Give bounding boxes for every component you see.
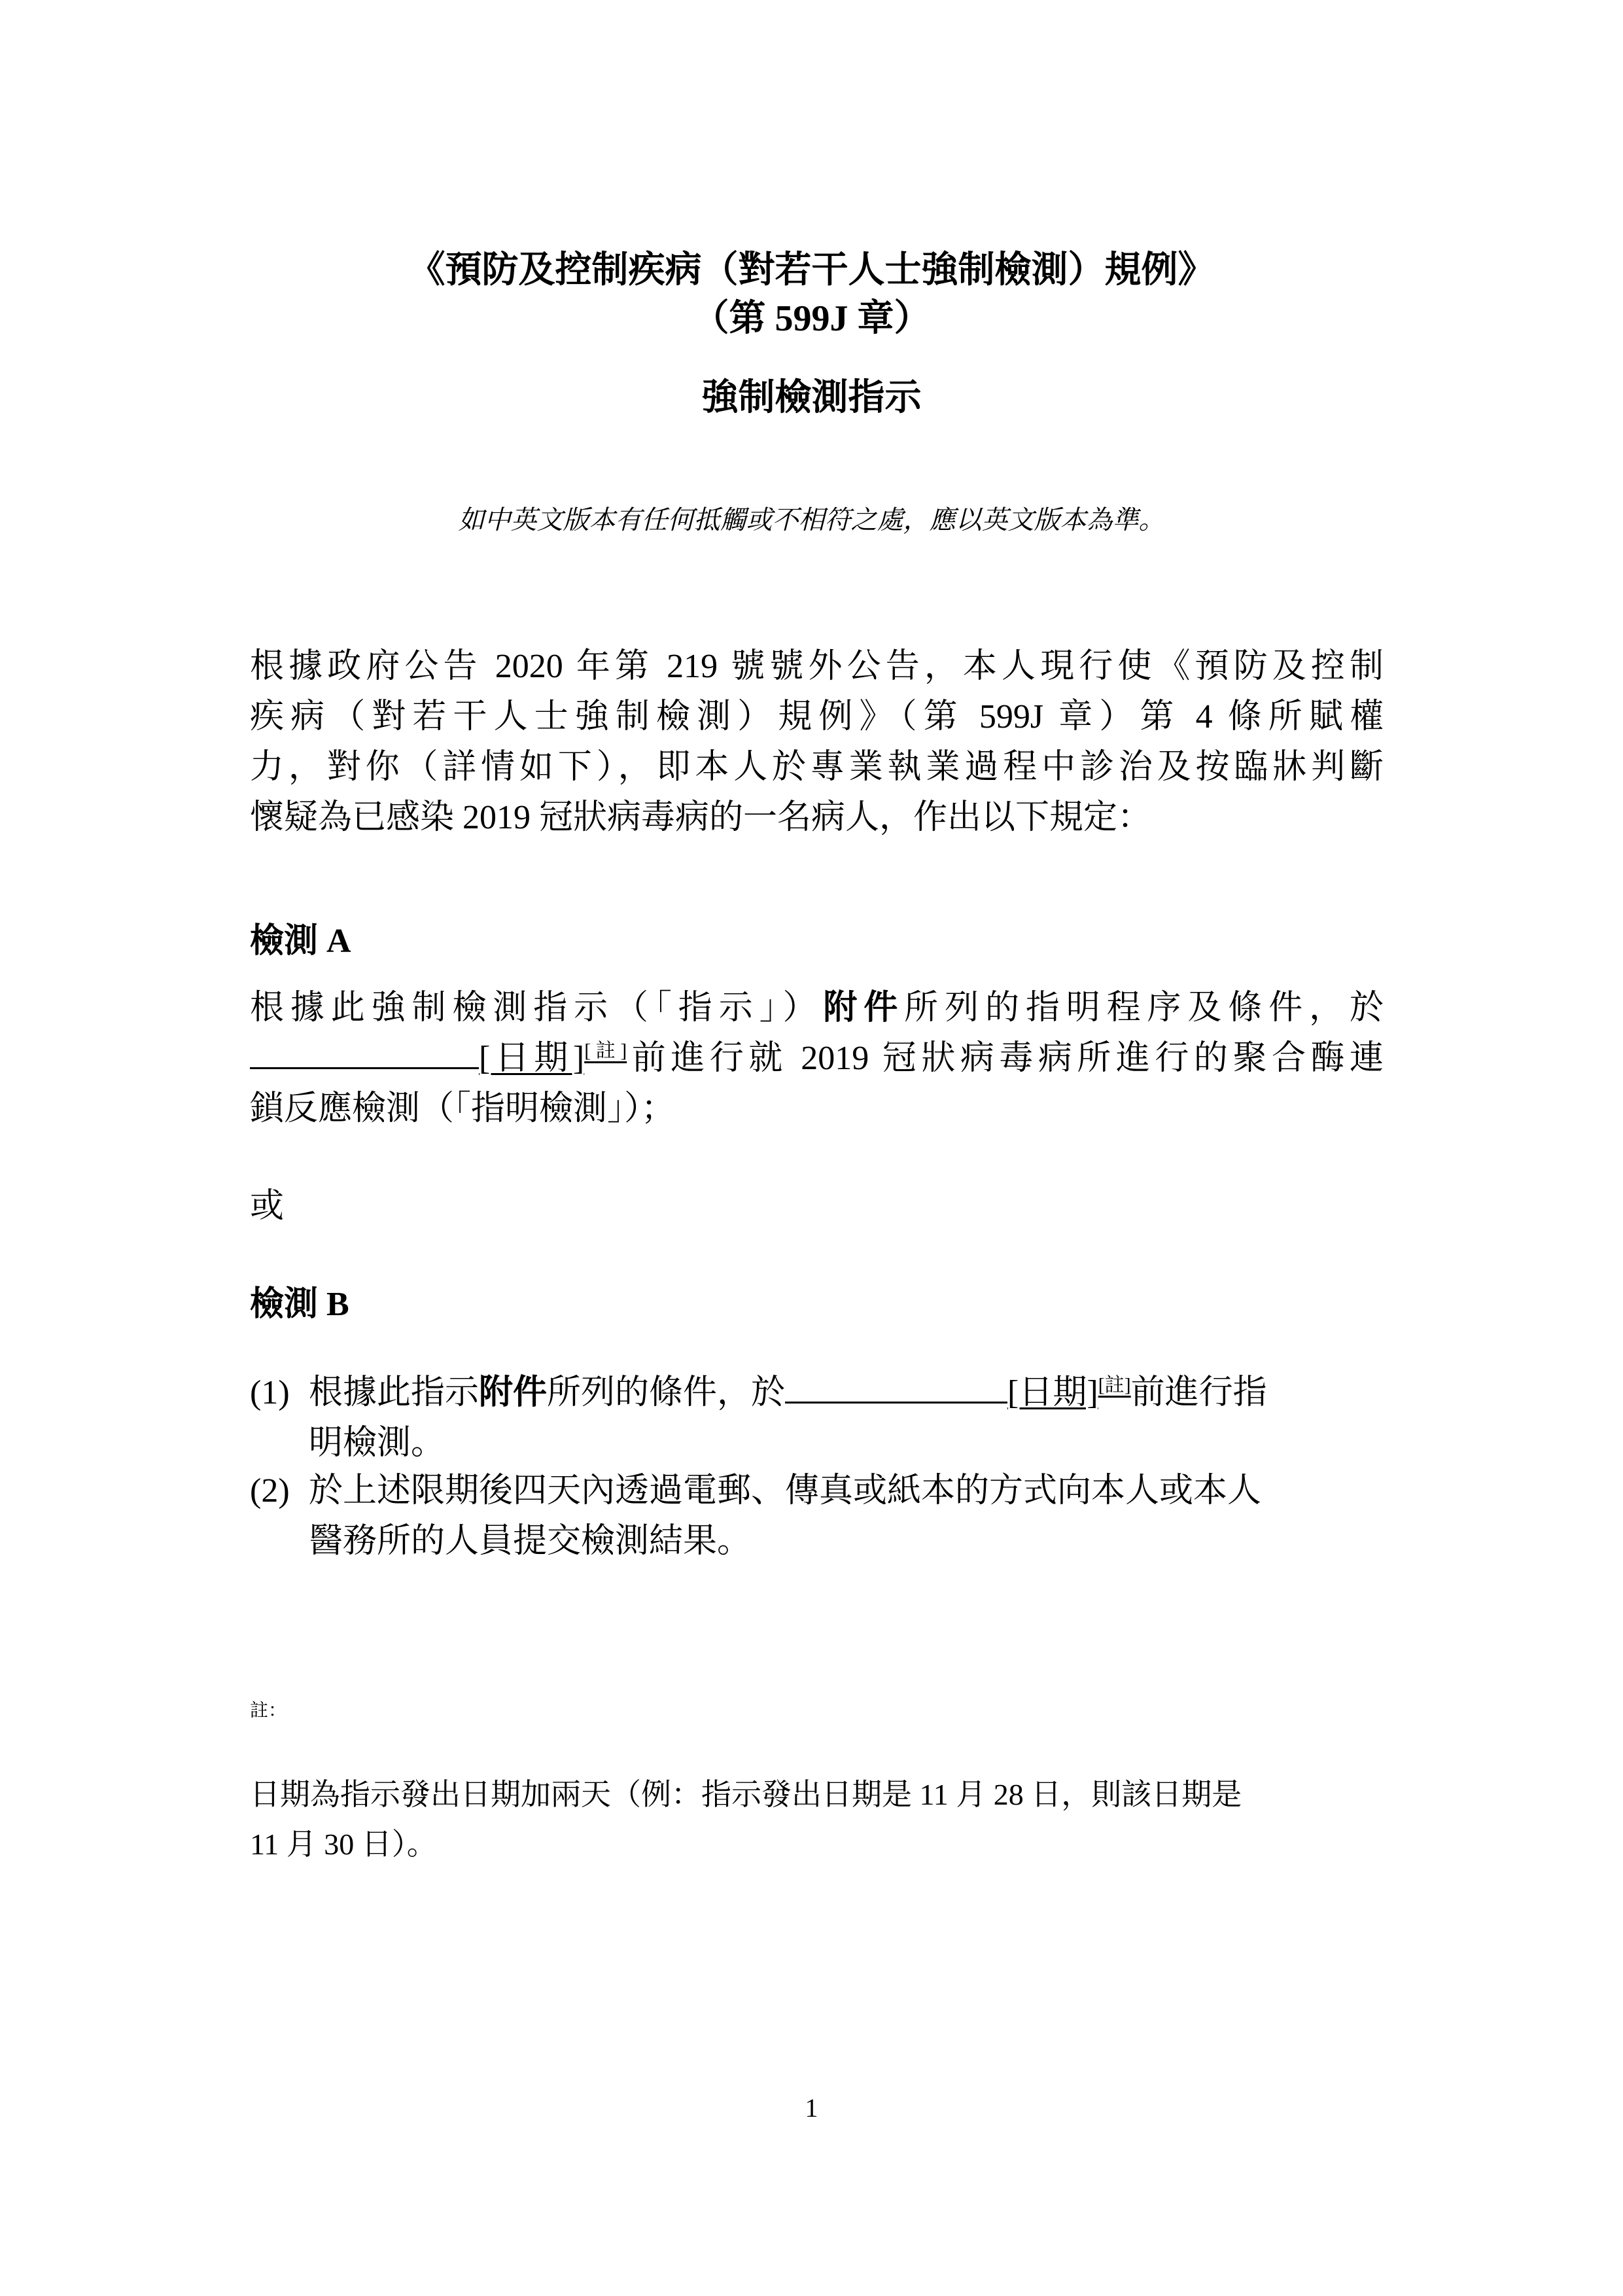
ordinance-title: 《預防及控制疾病（對若干人士強制檢測）規例》 <box>0 247 1623 293</box>
date-label: [日期] <box>479 1040 584 1077</box>
footnote-line: 日期為指示發出日期加兩天（例：指示發出日期是 11 月 28 日，則該日期是 <box>250 1770 1384 1820</box>
intro-line: 根據政府公告 2020 年第 219 號號外公告，本人現行使《預防及控制 <box>250 641 1384 692</box>
list-number: (1) <box>250 1368 290 1418</box>
footnote-line: 11 月 30 日）。 <box>250 1820 1384 1869</box>
test-a-paragraph: 根據此強制檢測指示（「指示」）附件所列的指明程序及條件，於 [日期][註]前進行… <box>250 983 1384 1134</box>
intro-paragraph: 根據政府公告 2020 年第 219 號號外公告，本人現行使《預防及控制 疾病（… <box>250 641 1384 843</box>
language-disclaimer: 如中英文版本有任何抵觸或不相符之處，應以英文版本為準。 <box>0 499 1623 537</box>
intro-line: 懷疑為已感染 2019 冠狀病毒病的一名病人，作出以下規定： <box>250 792 1384 843</box>
list-line: 明檢測。 <box>309 1418 1384 1468</box>
document-subtitle: 強制檢測指示 <box>0 368 1623 421</box>
date-blank-field[interactable] <box>250 1033 479 1069</box>
test-a-text: 所列的指明程序及條件，於 <box>904 989 1384 1027</box>
note-reference: [註] <box>1098 1375 1131 1396</box>
test-a-line1: 根據此強制檢測指示（「指示」）附件所列的指明程序及條件，於 <box>250 983 1384 1033</box>
footnote-text: 日期為指示發出日期加兩天（例：指示發出日期是 11 月 28 日，則該日期是 1… <box>250 1770 1384 1869</box>
test-a-text: 前進行就 2019 冠狀病毒病所進行的聚合酶連 <box>627 1040 1384 1077</box>
list-number: (2) <box>250 1466 290 1516</box>
list-text-part: 所列的條件，於 <box>547 1374 785 1411</box>
test-b-heading: 檢測 B <box>250 1276 349 1325</box>
note-reference: [註] <box>584 1040 627 1062</box>
footnote-label: 註： <box>250 1696 287 1722</box>
list-text-part: 根據此指示 <box>309 1374 479 1411</box>
test-a-line2: [日期][註]前進行就 2019 冠狀病毒病所進行的聚合酶連 <box>250 1033 1384 1084</box>
list-line: 於上述限期後四天內透過電郵、傳真或紙本的方式向本人或本人 <box>309 1466 1384 1516</box>
intro-line: 疾病（對若干人士強制檢測）規例》（第 599J 章）第 4 條所賦權 <box>250 692 1384 742</box>
list-text-part: 前進行指 <box>1131 1374 1267 1411</box>
chapter-number: （第 599J 章） <box>0 296 1623 342</box>
list-text: 於上述限期後四天內透過電郵、傳真或紙本的方式向本人或本人 醫務所的人員提交檢測結… <box>309 1466 1384 1566</box>
test-a-heading: 檢測 A <box>250 913 351 962</box>
test-a-text: 根據此強制檢測指示（「指示」） <box>250 989 823 1027</box>
list-line: 根據此指示附件所列的條件，於[日期][註]前進行指 <box>309 1368 1384 1418</box>
or-separator: 或 <box>250 1178 284 1227</box>
annex-label: 附件 <box>479 1374 547 1411</box>
test-a-line3: 鎖反應檢測（「指明檢測」）； <box>250 1084 1384 1134</box>
annex-label: 附件 <box>823 989 904 1027</box>
list-line: 醫務所的人員提交檢測結果。 <box>309 1516 1384 1566</box>
intro-line: 力，對你（詳情如下），即本人於專業執業過程中診治及按臨牀判斷 <box>250 742 1384 792</box>
date-label: [日期] <box>1007 1374 1098 1411</box>
list-text: 根據此指示附件所列的條件，於[日期][註]前進行指 明檢測。 <box>309 1368 1384 1468</box>
document-page: 《預防及控制疾病（對若干人士強制檢測）規例》 （第 599J 章） 強制檢測指示… <box>0 0 1623 2296</box>
page-number: 1 <box>0 2093 1623 2123</box>
test-b-item-2: (2) 於上述限期後四天內透過電郵、傳真或紙本的方式向本人或本人 醫務所的人員提… <box>250 1466 1384 1566</box>
test-b-item-1: (1) 根據此指示附件所列的條件，於[日期][註]前進行指 明檢測。 <box>250 1368 1384 1468</box>
date-blank-field[interactable] <box>785 1368 1007 1404</box>
